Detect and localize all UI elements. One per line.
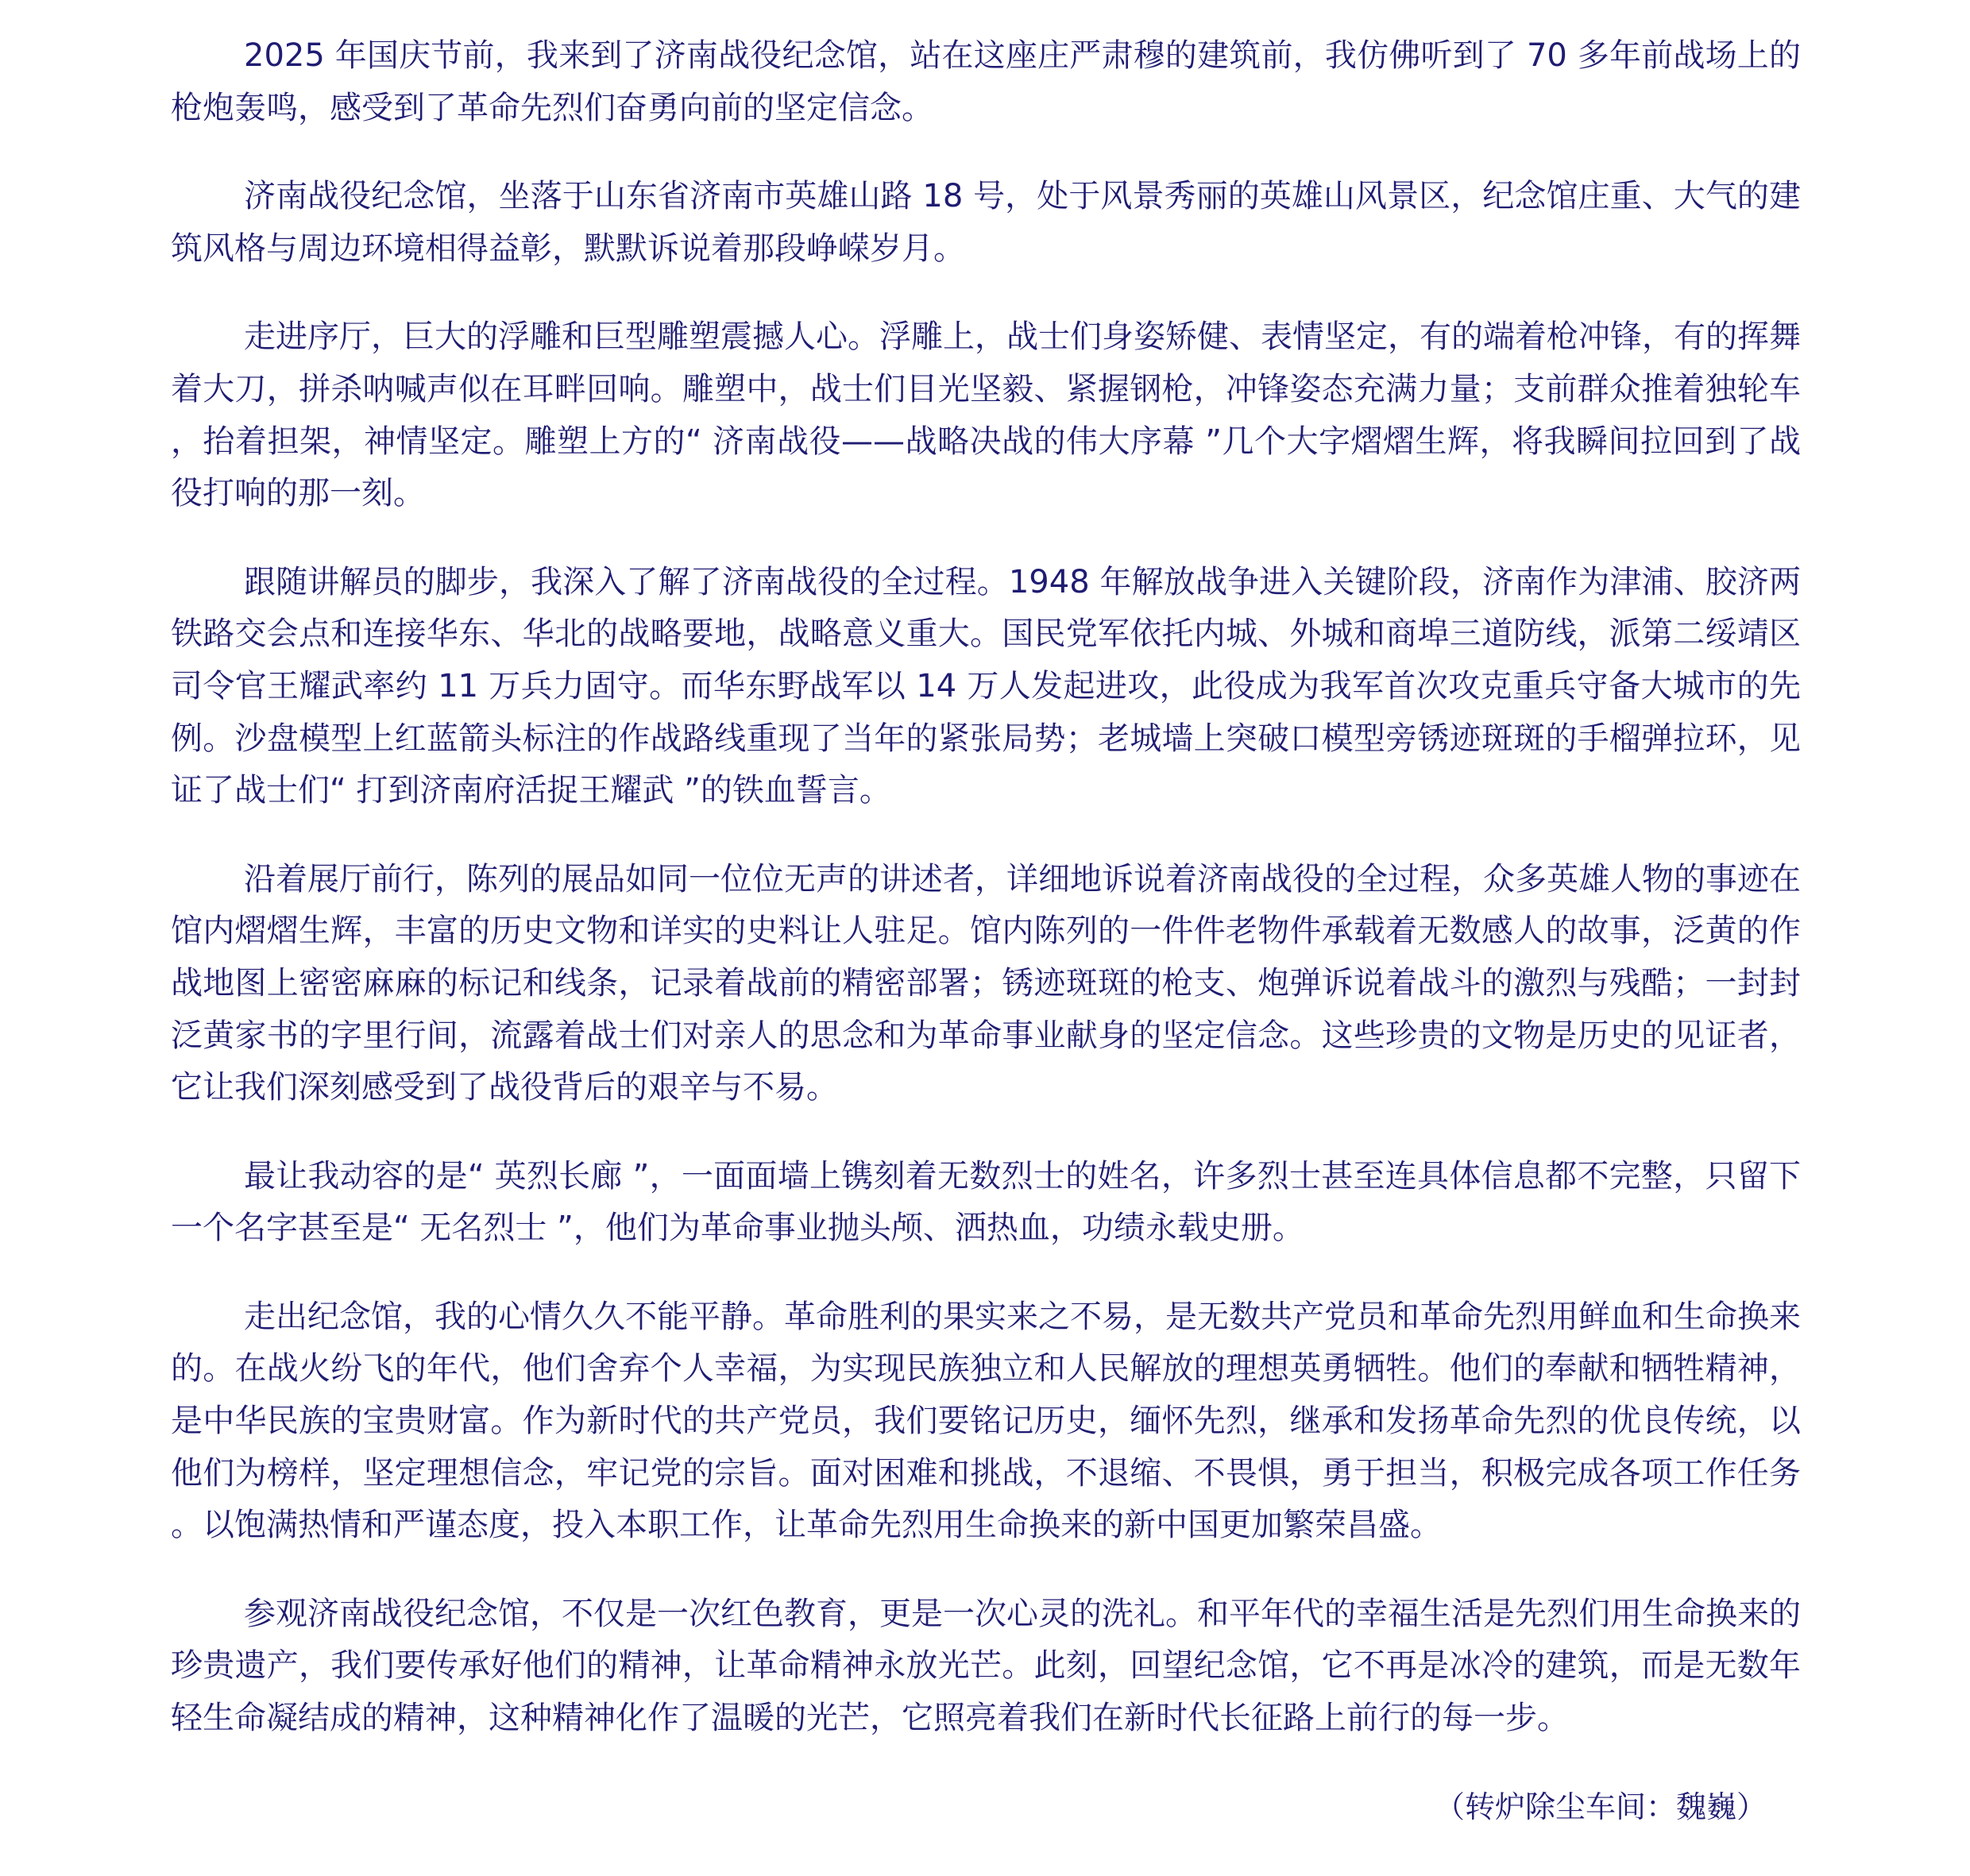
paragraph-entrance-hall: 走进序厅，巨大的浮雕和巨型雕塑震撼人心。浮雕上，战士们身姿矫健、表情坚定，有的端… — [171, 311, 1801, 519]
author-signature: （转炉除尘车间：魏巍） — [1435, 1781, 1767, 1833]
paragraph-reflection: 走出纪念馆，我的心情久久不能平静。革命胜利的果实来之不易，是无数共产党员和革命先… — [171, 1291, 1801, 1552]
paragraph-location: 济南战役纪念馆，坐落于山东省济南市英雄山路 18 号，处于风景秀丽的英雄山风景区… — [171, 171, 1801, 275]
paragraph-heroes-corridor: 最让我动容的是“ 英烈长廊 ”，一面面墙上镌刻着无数烈士的姓名，许多烈士甚至连具… — [171, 1151, 1801, 1255]
paragraph-exhibits: 沿着展厅前行，陈列的展品如同一位位无声的讲述者，详细地诉说着济南战役的全过程，众… — [171, 854, 1801, 1114]
article-body: 2025 年国庆节前，我来到了济南战役纪念馆，站在这座庄严肃穆的建筑前，我仿佛听… — [171, 30, 1801, 1781]
paragraph-intro: 2025 年国庆节前，我来到了济南战役纪念馆，站在这座庄严肃穆的建筑前，我仿佛听… — [171, 30, 1801, 134]
paragraph-conclusion: 参观济南战役纪念馆，不仅是一次红色教育，更是一次心灵的洗礼。和平年代的幸福生活是… — [171, 1588, 1801, 1745]
paragraph-battle-history: 跟随讲解员的脚步，我深入了解了济南战役的全过程。1948 年解放战争进入关键阶段… — [171, 557, 1801, 817]
